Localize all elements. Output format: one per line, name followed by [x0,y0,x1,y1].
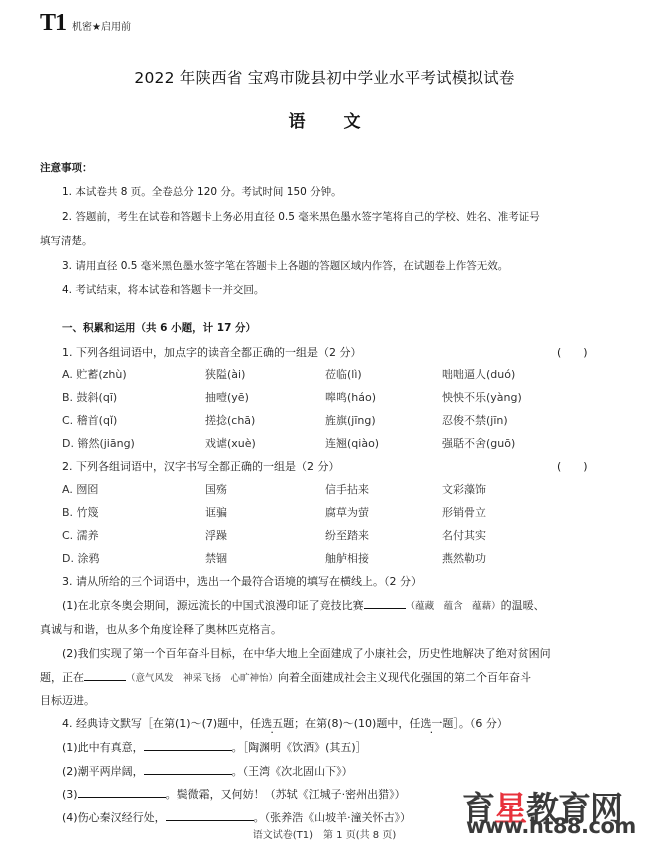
q1-option-a-4: 咄咄逼人(duó) [442,366,515,382]
notice-title: 注意事项： [40,160,93,175]
q3-part1-text-a: (1)在北京冬奥会期间，源远流长的中国式浪漫印证了竞技比赛 [62,599,364,612]
q4-line-4: (4)伤心秦汉经行处，。（张养浩《山坡羊·潼关怀古》） [62,809,411,825]
q4-emphasis-2: 任选一题 [409,717,453,730]
q2-stem: 2. 下列各组词语中，汉字书写全都正确的一组是（2 分） [62,458,340,474]
q4-stem-b: ；在第(8)～(10)题中， [294,717,409,730]
q1-option-b-2: 抽噎(yē) [205,389,249,405]
q3-part1-text-b: 的温暖、 [501,599,545,612]
q4-line-3: (3)。鬓微霜，又何妨！（苏轼《江城子·密州出猎》） [62,786,406,802]
q4-line-4-post: 。（张养浩《山坡羊·潼关怀古》） [254,811,412,824]
q1-option-d-1: D. 锵然(jiāng) [62,435,135,451]
q4-line-2: (2)潮平两岸阔，。（王湾《次北固山下》） [62,763,353,779]
subject-char-2: 文 [344,107,361,132]
q2-option-b-3: 腐草为萤 [325,504,369,520]
q2-option-a-3: 信手拈来 [325,481,369,497]
q2-option-a-2: 国殇 [205,481,227,497]
q2-option-b-2: 诓骗 [205,504,227,520]
q2-option-a-4: 文彩藻饰 [442,481,486,497]
q1-option-c-3: 旌旗(jīng) [325,412,376,428]
q3-part2-blank[interactable] [84,669,126,681]
q4-line-4-pre: (4)伤心秦汉经行处， [62,811,166,824]
section-heading: 一、积累和运用（共 6 小题，计 17 分） [62,320,256,335]
q2-option-c-2: 浮躁 [205,527,227,543]
notice-item-2-cont: 填写清楚。 [40,233,93,248]
subject-char-1: 语 [289,107,306,132]
q3-part1-blank[interactable] [364,597,406,609]
q3-part2-end: 目标迈进。 [40,692,95,708]
q2-option-d-3: 舳舻相接 [325,550,369,566]
q1-answer-paren: ( ) [557,344,588,360]
q2-option-d-2: 禁锢 [205,550,227,566]
q2-answer-paren: ( ) [557,458,588,474]
q1-stem: 1. 下列各组词语中，加点字的读音全都正确的一组是（2 分） [62,344,362,360]
q4-line-2-post: 。（王湾《次北固山下》） [232,765,353,778]
confidential-label: 机密★启用前 [72,18,131,33]
q1-option-c-4: 忍俊不禁(jīn) [442,412,508,428]
q1-option-b-1: B. 鼓斜(qī) [62,389,117,405]
q4-line-4-blank[interactable] [166,809,254,821]
q2-option-d-1: D. 涂鸦 [62,550,99,566]
q1-option-a-3: 莅临(lì) [325,366,362,382]
q4-emphasis-1: 任选五题 [250,717,294,730]
q3-part1-choices: （蕴藏 蕴含 蕴藉） [406,601,501,612]
notice-item-4: 4. 考试结束，将本试卷和答题卡一并交回。 [62,282,264,297]
q1-option-d-2: 戏谑(xuè) [205,435,256,451]
q2-option-b-4: 形销骨立 [442,504,486,520]
notice-item-2: 2. 答题前，考生在试卷和答题卡上务必用直径 0.5 毫米黑色墨水签字笔将自己的… [62,209,540,224]
q4-line-2-blank[interactable] [144,763,232,775]
q4-stem: 4. 经典诗文默写［在第(1)～(7)题中，任选五题；在第(8)～(10)题中，… [62,715,508,731]
q2-option-c-4: 名付其实 [442,527,486,543]
q4-stem-a: 4. 经典诗文默写［在第(1)～(7)题中， [62,717,250,730]
q3-part1: (1)在北京冬奥会期间，源远流长的中国式浪漫印证了竞技比赛（蕴藏 蕴含 蕴藉）的… [62,597,545,613]
q1-option-c-2: 搓捻(chā) [205,412,255,428]
q3-part2-choices: （意气风发 神采飞扬 心旷神怡） [126,673,278,684]
q4-line-2-pre: (2)潮平两岸阔， [62,765,144,778]
q3-part2-text-c: 向着全面建成社会主义现代化强国的第二个百年奋斗 [278,671,531,684]
q4-line-3-post: 。鬓微霜，又何妨！（苏轼《江城子·密州出猎》） [166,788,406,801]
q2-option-c-1: C. 濡养 [62,527,99,543]
q1-option-b-3: 嗥鸣(háo) [325,389,376,405]
q1-option-d-4: 强聒不舍(guō) [442,435,515,451]
q1-option-c-1: C. 稽首(qǐ) [62,412,117,428]
q4-line-1-blank[interactable] [144,739,232,751]
notice-item-3: 3. 请用直径 0.5 毫米黑色墨水签字笔在答题卡上各题的答题区域内作答，在试题… [62,258,508,273]
q4-stem-c: ］。（6 分） [453,717,508,730]
q3-part2: (2)我们实现了第一个百年奋斗目标，在中华大地上全面建成了小康社会，历史性地解决… [62,645,551,661]
q3-part1-cont: 真诚与和谐，也从多个角度诠释了奥林匹克格言。 [40,621,282,637]
subject-title: 语文 [0,107,649,132]
q4-line-1: (1)此中有真意，。［陶渊明《饮酒》(其五)］ [62,739,367,755]
q4-line-3-blank[interactable] [78,786,166,798]
exam-title: 2022 年陕西省 宝鸡市陇县初中学业水平考试模拟试卷 [0,66,649,88]
q1-option-d-3: 连翘(qiào) [325,435,379,451]
q4-line-1-pre: (1)此中有真意， [62,741,144,754]
q1-option-b-4: 怏怏不乐(yàng) [442,389,522,405]
q2-option-a-1: A. 囫囵 [62,481,98,497]
q4-line-3-pre: (3) [62,788,78,801]
q3-part2-cont: 题，正在（意气风发 神采飞扬 心旷神怡）向着全面建成社会主义现代化强国的第二个百… [40,669,531,685]
watermark-url: www.ht88.com [466,814,636,838]
notice-item-1: 1. 本试卷共 8 页。全卷总分 120 分。考试时间 150 分钟。 [62,184,342,199]
q2-option-b-1: B. 竹篾 [62,504,99,520]
paper-code: T1 [40,10,66,37]
q2-option-c-3: 纷至踏来 [325,527,369,543]
q1-option-a-2: 狭隘(ài) [205,366,245,382]
q3-part2-text-b: 题，正在 [40,671,84,684]
q3-stem: 3. 请从所给的三个词语中，选出一个最符合语境的填写在横线上。（2 分） [62,573,422,589]
q2-option-d-4: 燕然勒功 [442,550,486,566]
q1-option-a-1: A. 贮蓄(zhù) [62,366,127,382]
q4-line-1-post: 。［陶渊明《饮酒》(其五)］ [232,741,367,754]
